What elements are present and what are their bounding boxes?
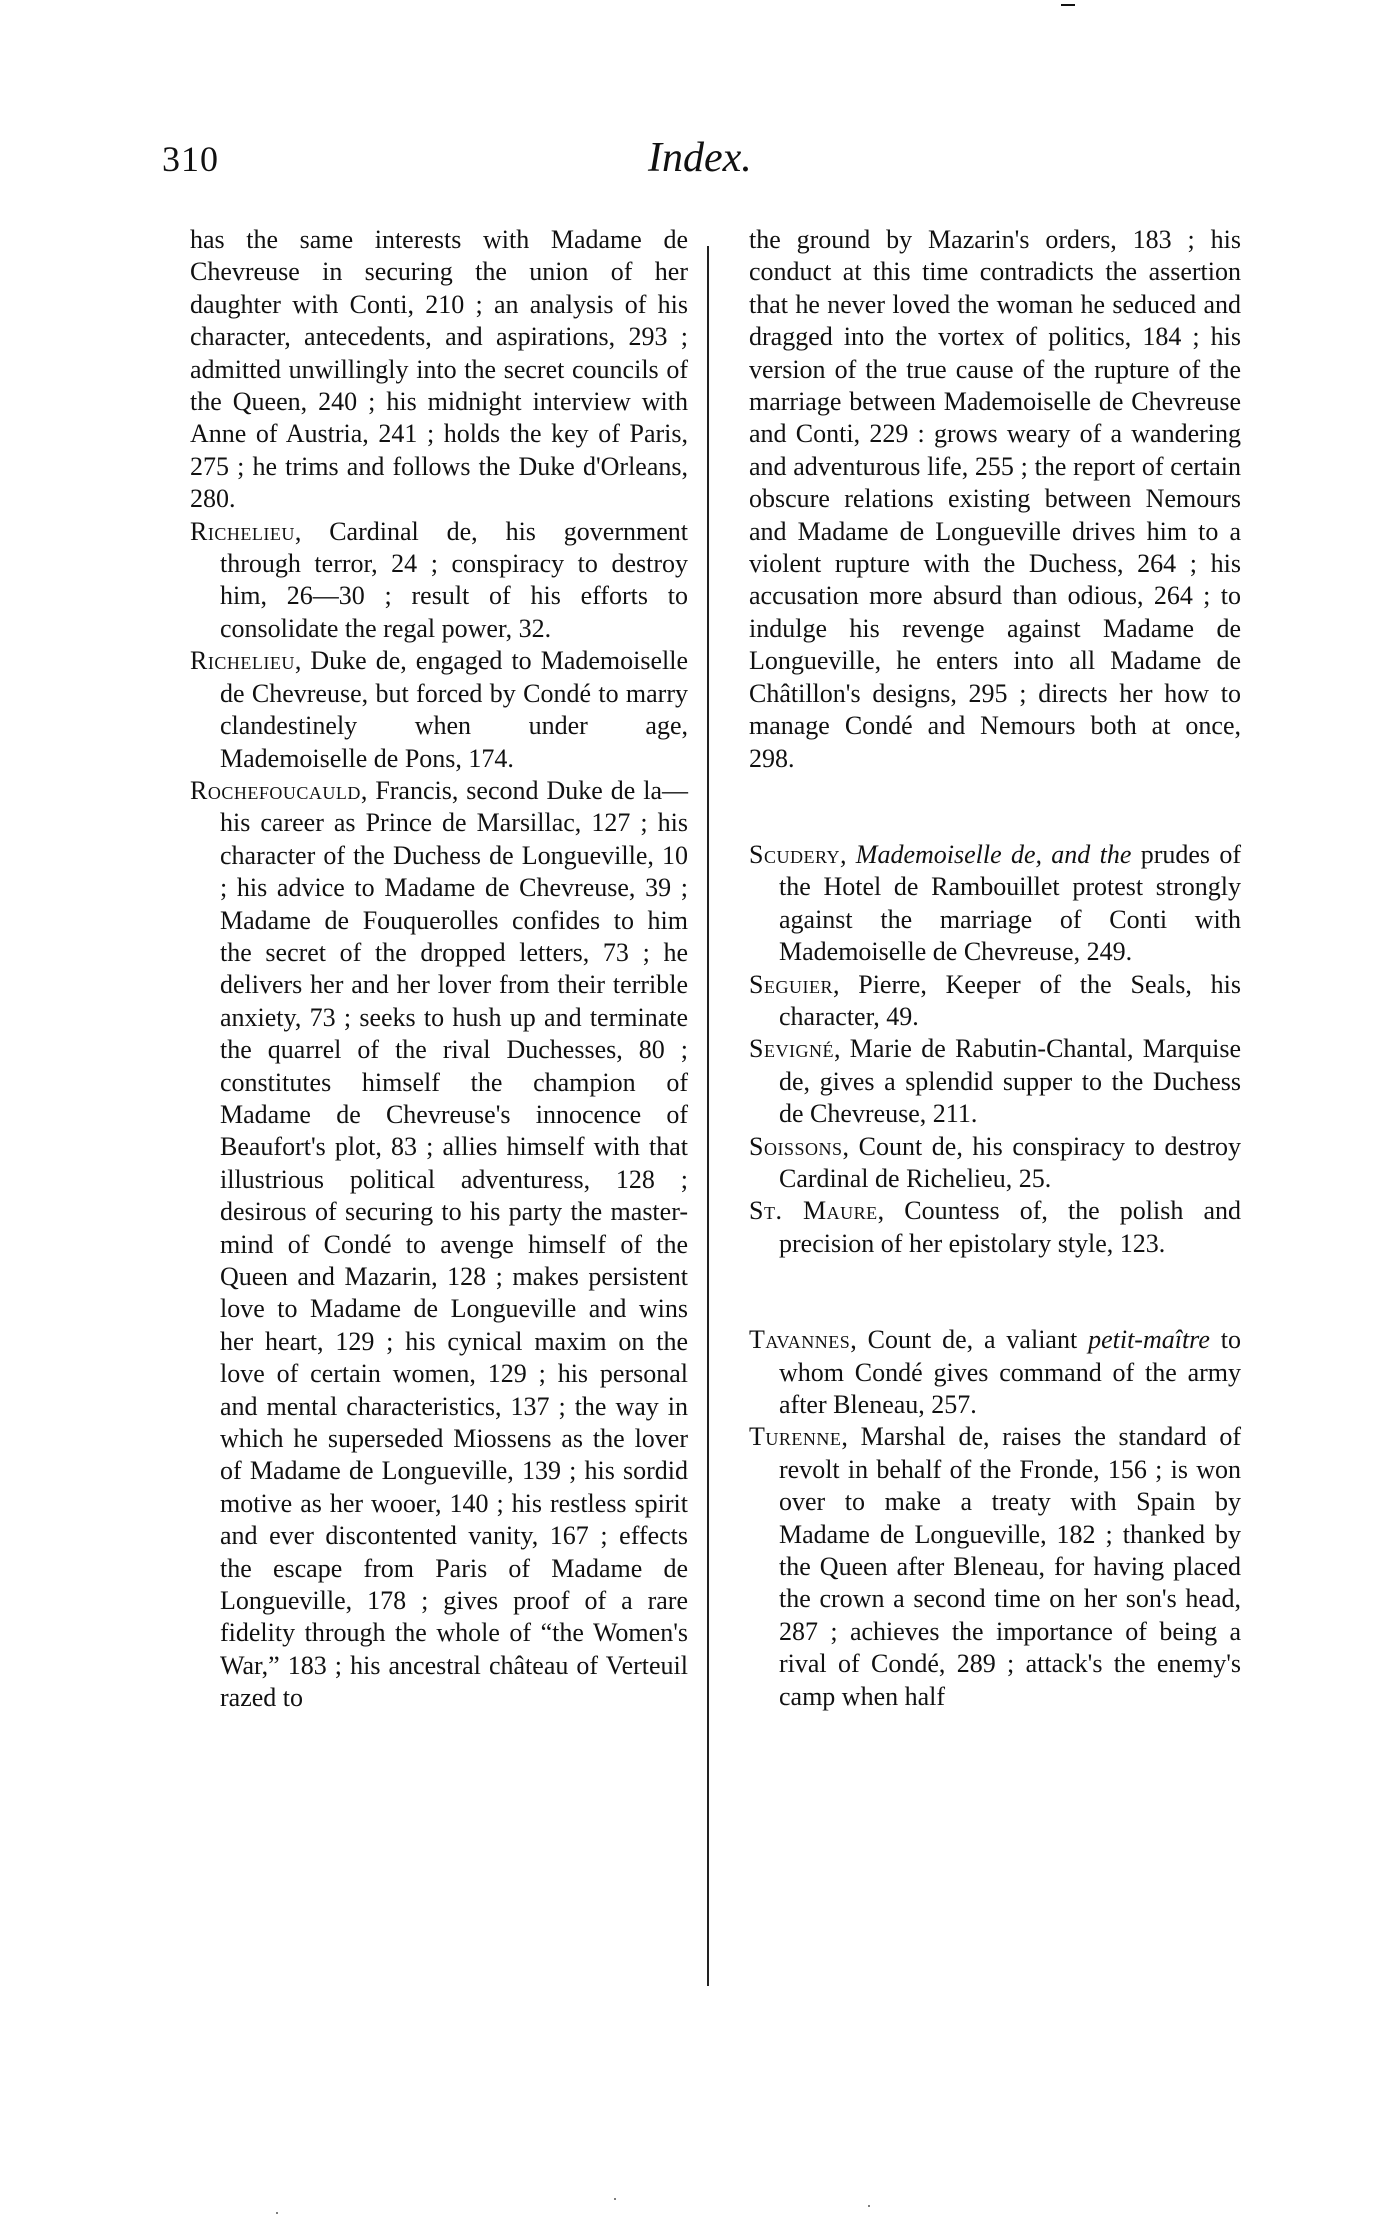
index-entry-scudery: Scudery, Mademoiselle de, and the prudes… xyxy=(749,839,1241,969)
entry-text: , Count de, a valiant xyxy=(850,1325,1088,1354)
right-column: the ground by Mazarin's orders, 183 ; hi… xyxy=(749,224,1241,1713)
index-entry-continuation: the ground by Mazarin's orders, 183 ; hi… xyxy=(749,224,1241,775)
letter-section-gap xyxy=(749,775,1241,839)
index-entry-soissons: Soissons, Count de, his conspiracy to de… xyxy=(749,1131,1241,1196)
headword: Soissons xyxy=(749,1132,842,1161)
page-number: 310 xyxy=(162,138,219,180)
entry-text: , Count de, his conspiracy to destroy Ca… xyxy=(779,1132,1241,1193)
entry-text: , Marshal de, raises the standard of rev… xyxy=(779,1422,1241,1710)
entry-text: , Marie de Rabutin-Chantal, Marquise de,… xyxy=(779,1034,1241,1128)
index-entry-seguier: Seguier, Pierre, Keeper of the Seals, hi… xyxy=(749,969,1241,1034)
entry-text-italic: , Mademoiselle de, and the xyxy=(840,840,1131,869)
headword: Scudery xyxy=(749,840,840,869)
running-head: Index. xyxy=(648,134,752,182)
headword: Tavannes xyxy=(749,1325,850,1354)
entry-text: , Pierre, Keeper of the Seals, his chara… xyxy=(779,970,1241,1031)
column-divider xyxy=(707,246,709,1986)
entry-text-italic: petit-maître xyxy=(1088,1325,1210,1354)
headword: Seguier xyxy=(749,970,833,999)
scan-speck xyxy=(614,2198,616,2200)
entry-text: , Francis, second Duke de la—his career … xyxy=(220,776,688,1712)
headword: Sevigné xyxy=(749,1034,834,1063)
index-entry-richelieu-duke: Richelieu, Duke de, engaged to Mademoise… xyxy=(190,645,688,775)
headword: Rochefoucauld xyxy=(190,776,361,805)
left-column: has the same interests with Madame de Ch… xyxy=(190,224,688,1715)
index-entry-tavannes: Tavannes, Count de, a valiant petit-maît… xyxy=(749,1324,1241,1421)
index-entry-rochefoucauld: Rochefoucauld, Francis, second Duke de l… xyxy=(190,775,688,1715)
index-entry-richelieu-cardinal: Richelieu, Cardinal de, his government t… xyxy=(190,516,688,646)
headword: Richelieu xyxy=(190,646,295,675)
headword: Turenne xyxy=(749,1422,841,1451)
headword: St. Maure xyxy=(749,1196,878,1225)
letter-section-gap xyxy=(749,1260,1241,1324)
index-entry-turenne: Turenne, Marshal de, raises the standard… xyxy=(749,1421,1241,1713)
index-entry-st-maure: St. Maure, Countess of, the polish and p… xyxy=(749,1195,1241,1260)
headword: Richelieu xyxy=(190,517,295,546)
scan-mark xyxy=(1061,4,1075,6)
index-entry-continuation: has the same interests with Madame de Ch… xyxy=(190,224,688,516)
index-entry-sevigne: Sevigné, Marie de Rabutin-Chantal, Marqu… xyxy=(749,1033,1241,1130)
scan-speck xyxy=(868,2205,870,2207)
scan-speck xyxy=(276,2212,278,2214)
